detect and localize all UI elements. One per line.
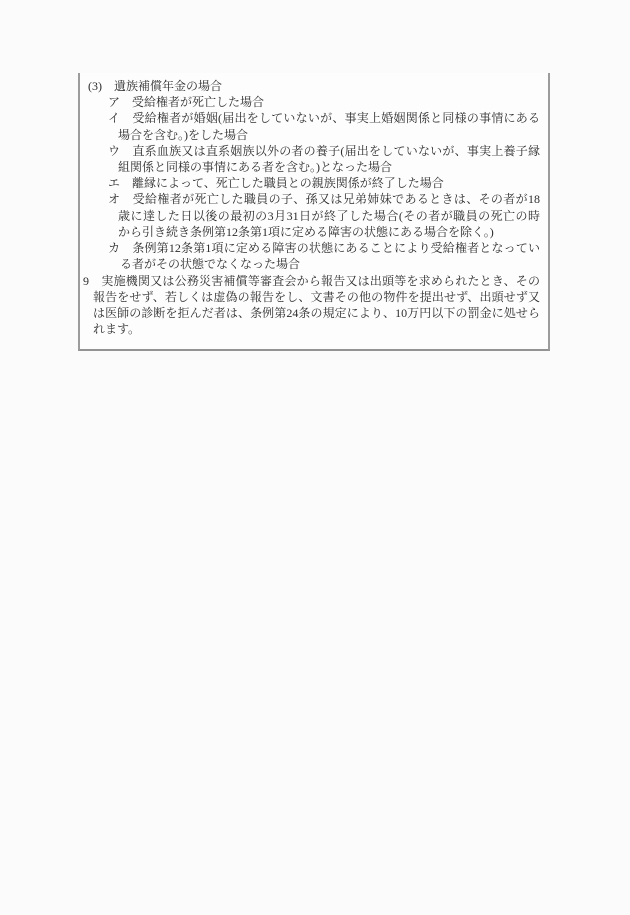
text-line-item-o-cont2: から引き続き条例第12条第1項に定める障害の状態にある場合を除く。) xyxy=(118,225,494,240)
text-line-item-9: 9 実施機関又は公務災害補償等審査会から報告又は出頭等を求められたとき、その xyxy=(83,274,540,290)
text-line-item-o: オ 受給権者が死亡した職員の子、孫又は兄弟姉妹であるときは、その者が18 xyxy=(108,192,540,208)
text-line-item-u-cont: 組関係と同様の事情にある者を含む。)となった場合 xyxy=(118,160,392,175)
text-line-item-a: ア 受給権者が死亡した場合 xyxy=(108,95,264,110)
text-line-item-o-cont1: 歳に達した日以後の最初の3月31日が終了した場合(その者が職員の死亡の時 xyxy=(118,209,540,225)
notice-box: (3) 遺族補償年金の場合 ア 受給権者が死亡した場合 イ 受給権者が婚姻(届出… xyxy=(78,73,550,351)
text-line-item-i: イ 受給権者が婚姻(届出をしていないが、事実上婚姻関係と同様の事情にある xyxy=(108,111,540,127)
text-line-item-u: ウ 直系血族又は直系姻族以外の者の養子(届出をしていないが、事実上養子縁 xyxy=(108,144,540,160)
text-line-item-i-cont: 場合を含む。)をした場合 xyxy=(118,128,248,143)
text-line-item-9-cont3: れます。 xyxy=(93,322,140,337)
page: (3) 遺族補償年金の場合 ア 受給権者が死亡した場合 イ 受給権者が婚姻(届出… xyxy=(0,0,630,915)
text-line-item-ka: カ 条例第12条第1項に定める障害の状態にあることにより受給権者となってい xyxy=(108,241,540,257)
text-line-heading-3: (3) 遺族補償年金の場合 xyxy=(88,79,222,94)
text-line-item-e: エ 離縁によって、死亡した職員との親族関係が終了した場合 xyxy=(108,176,444,191)
text-line-item-ka-cont: る者がその状態でなくなった場合 xyxy=(120,257,300,272)
text-line-item-9-cont1: 報告をせず、若しくは虚偽の報告をし、文書その他の物件を提出せず、出頭せず又 xyxy=(93,290,540,306)
text-line-item-9-cont2: は医師の診断を拒んだ者は、条例第24条の規定により、10万円以下の罰金に処せら xyxy=(93,306,540,322)
